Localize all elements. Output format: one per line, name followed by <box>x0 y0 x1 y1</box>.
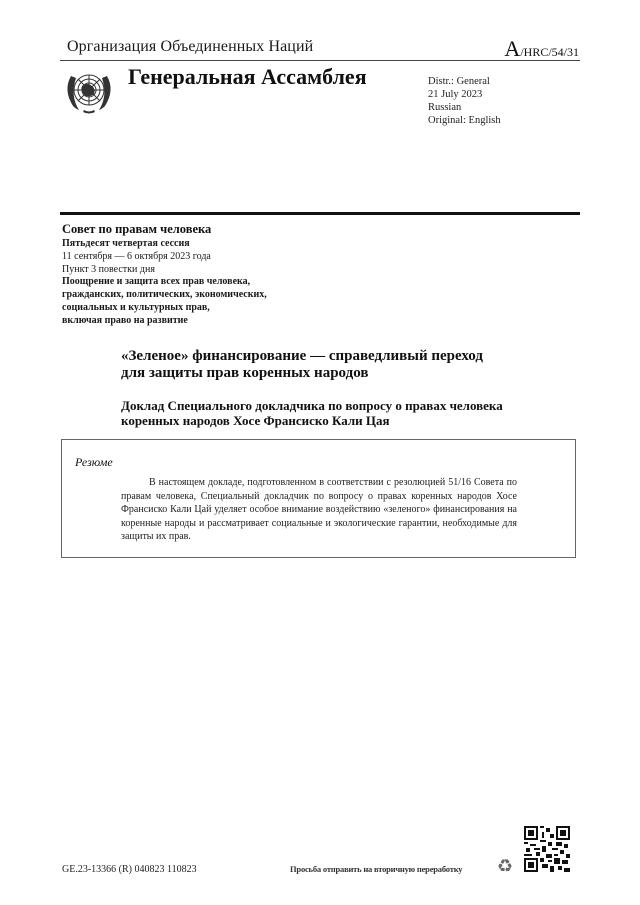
agenda-title-line: социальных и культурных прав, <box>62 302 267 315</box>
title-line: для защиты прав коренных народов <box>121 365 483 382</box>
recycle-icon: ♻ <box>495 855 515 877</box>
agenda-item: Пункт 3 повестки дня <box>62 264 267 277</box>
council-name: Совет по правам человека <box>62 222 211 237</box>
subtitle-line: коренных народов Хосе Франсиско Кали Цая <box>121 413 503 428</box>
un-emblem-icon <box>62 66 116 116</box>
session-name: Пятьдесят четвертая сессия <box>62 238 267 251</box>
job-number: GE.23-13366 (R) 040823 110823 <box>62 864 197 875</box>
distr-line: Distr.: General <box>428 75 501 88</box>
document-title: «Зеленое» финансирование — справедливый … <box>121 348 483 382</box>
subtitle-line: Доклад Специального докладчика по вопрос… <box>121 398 503 413</box>
agenda-title-line: включая право на развитие <box>62 315 267 328</box>
session-dates: 11 сентября — 6 октября 2023 года <box>62 251 267 264</box>
distr-language: Russian <box>428 101 501 114</box>
qr-code-icon <box>524 826 570 872</box>
document-subtitle: Доклад Специального докладчика по вопрос… <box>121 398 503 428</box>
header-rule <box>60 60 580 61</box>
agenda-title-line: гражданских, политических, экономических… <box>62 289 267 302</box>
symbol-rest: /HRC/54/31 <box>520 45 579 59</box>
title-line: «Зеленое» финансирование — справедливый … <box>121 348 483 365</box>
distribution-info: Distr.: General 21 July 2023 Russian Ori… <box>428 75 501 127</box>
section-rule <box>60 212 580 215</box>
document-symbol: A/HRC/54/31 <box>504 36 579 62</box>
recycle-text: Просьба отправить на вторичную переработ… <box>290 864 462 874</box>
session-info: Пятьдесят четвертая сессия 11 сентября —… <box>62 238 267 328</box>
organization-name: Организация Объединенных Наций <box>67 38 313 56</box>
distr-date: 21 July 2023 <box>428 88 501 101</box>
distr-original: Original: English <box>428 114 501 127</box>
body-name: Генеральная Ассамблея <box>128 64 367 90</box>
summary-label: Резюме <box>75 455 113 470</box>
symbol-prefix: A <box>504 36 520 61</box>
summary-text: В настоящем докладе, подготовленном в со… <box>121 476 517 544</box>
agenda-title-line: Поощрение и защита всех прав человека, <box>62 276 267 289</box>
